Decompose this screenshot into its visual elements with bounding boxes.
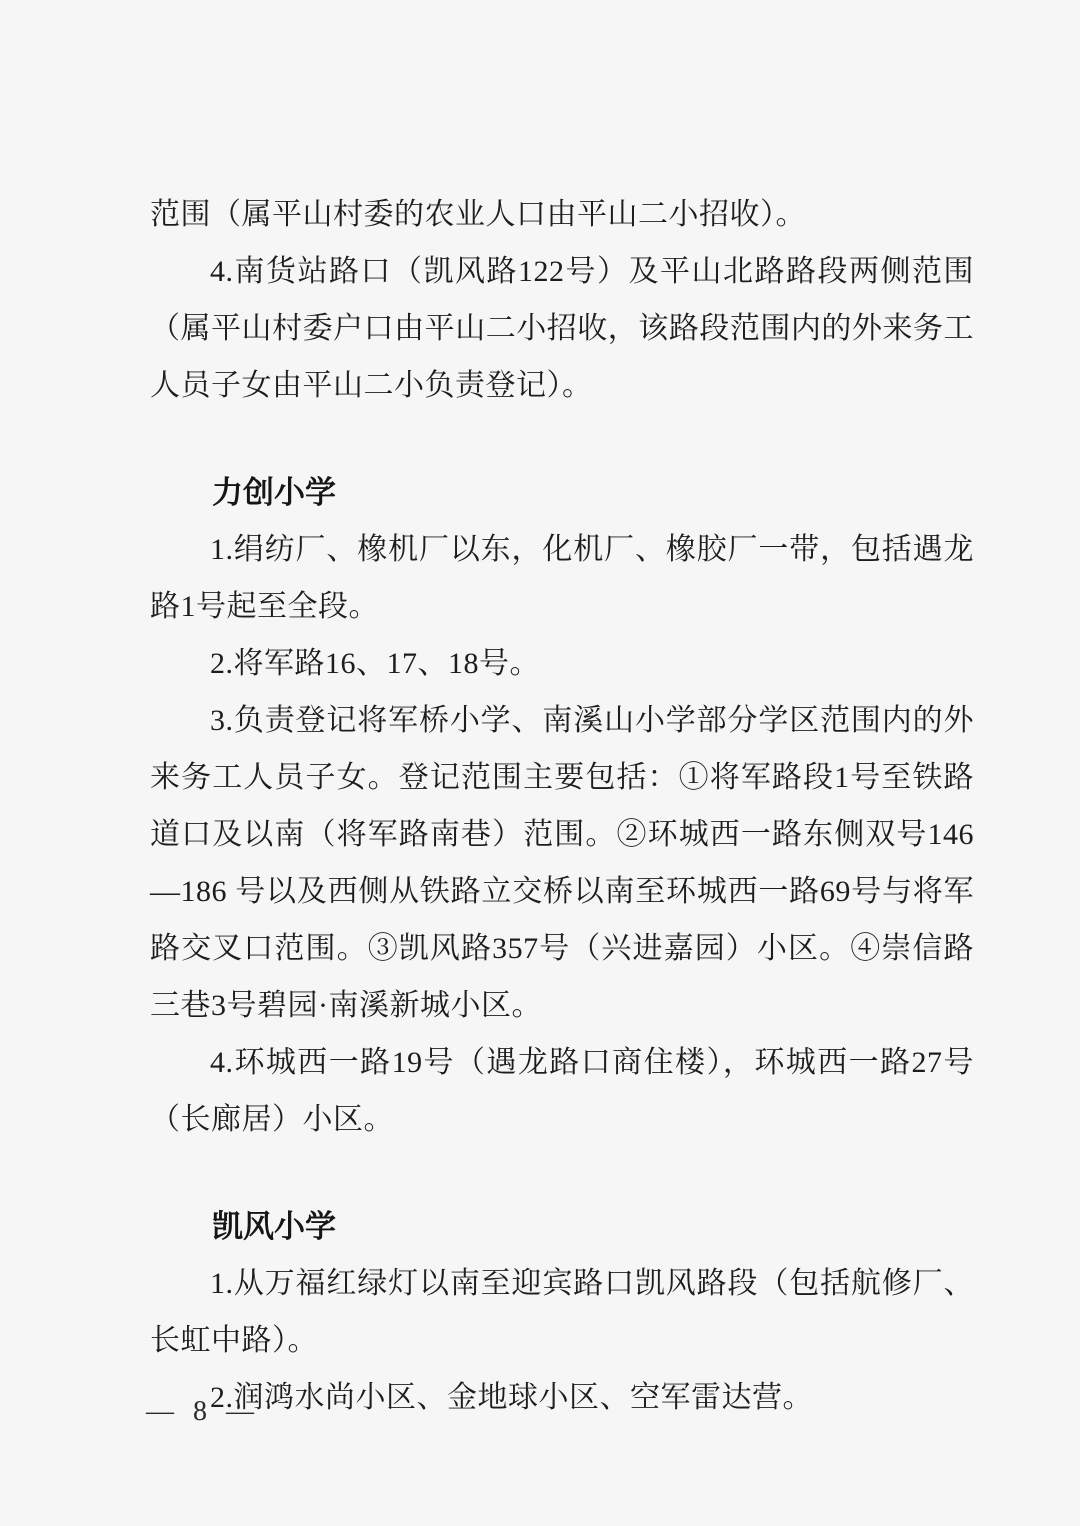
- page-number: — 8 —: [146, 1396, 260, 1428]
- document-body: 范围（属平山村委的农业人口由平山二小招收）。 4.南货站路口（凯风路122号）及…: [150, 186, 974, 1426]
- lichuang-item-3: 3.负责登记将军桥小学、南溪山小学部分学区范围内的外来务工人员子女。登记范围主要…: [150, 692, 974, 1034]
- kaifeng-item-1: 1.从万福红绿灯以南至迎宾路口凯风路段（包括航修厂、长虹中路）。: [150, 1255, 974, 1369]
- paragraph-continuation: 范围（属平山村委的农业人口由平山二小招收）。: [150, 186, 974, 243]
- lichuang-item-2: 2.将军路16、17、18号。: [150, 635, 974, 692]
- paragraph-item-4: 4.南货站路口（凯风路122号）及平山北路路段两侧范围（属平山村委户口由平山二小…: [150, 243, 974, 414]
- lichuang-item-4: 4.环城西一路19号（遇龙路口商住楼），环城西一路27号（长廊居）小区。: [150, 1034, 974, 1148]
- kaifeng-item-2: 2.润鸿水尚小区、金地球小区、空军雷达营。: [150, 1369, 974, 1426]
- section-heading-kaifeng-primary-school: 凯风小学: [150, 1198, 974, 1255]
- document-page: 范围（属平山村委的农业人口由平山二小招收）。 4.南货站路口（凯风路122号）及…: [0, 0, 1080, 1526]
- lichuang-item-1: 1.绢纺厂、橡机厂以东，化机厂、橡胶厂一带，包括遇龙路1号起至全段。: [150, 521, 974, 635]
- section-heading-lichuang-primary-school: 力创小学: [150, 464, 974, 521]
